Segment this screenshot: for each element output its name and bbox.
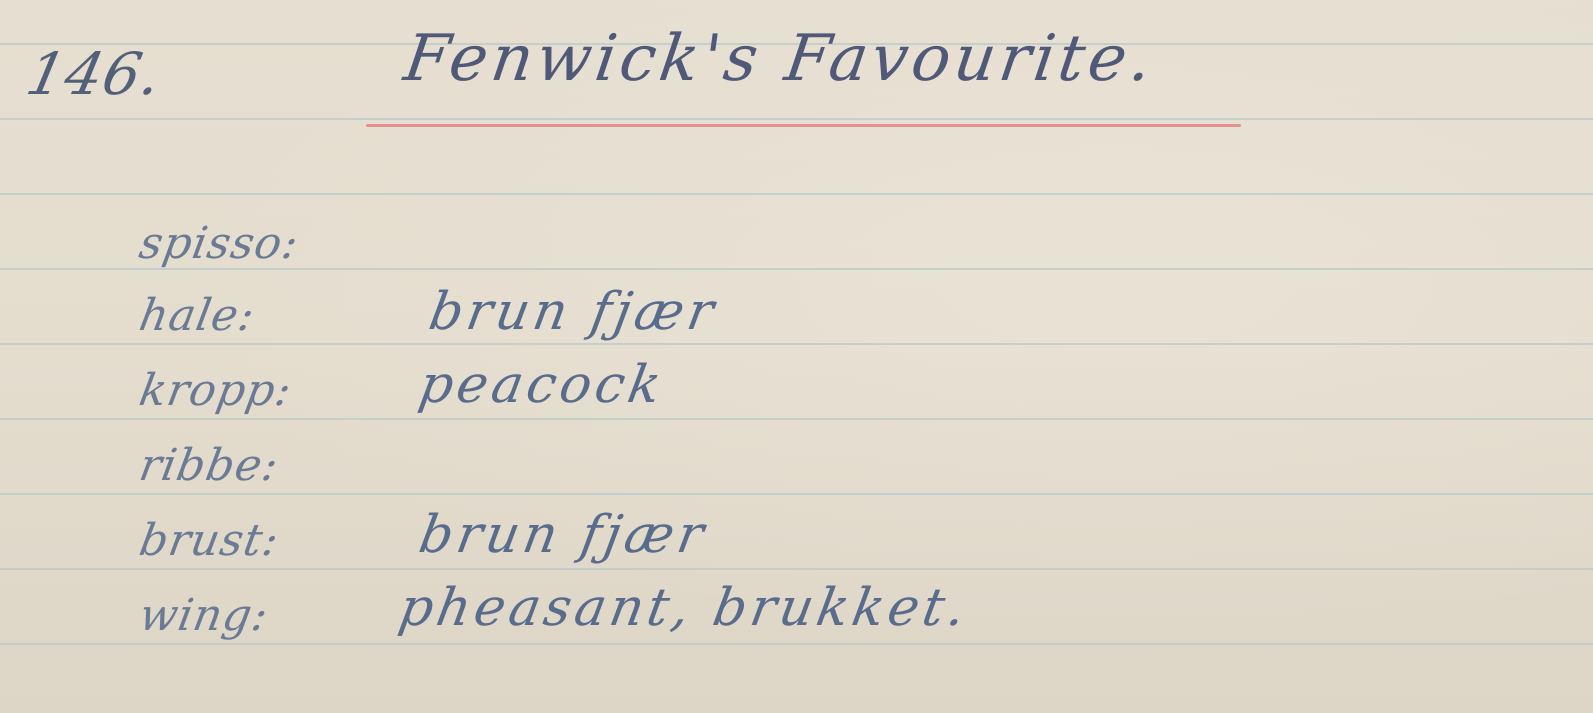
entry-number: 146. bbox=[21, 40, 169, 108]
field-label-spisso: spisso: bbox=[136, 218, 303, 269]
ruled-line bbox=[0, 568, 1593, 570]
field-label-ribbe: ribbe: bbox=[136, 440, 283, 491]
ruled-line bbox=[0, 493, 1593, 495]
field-value-hale: brun fjær bbox=[425, 282, 722, 342]
ruled-line bbox=[0, 343, 1593, 345]
notebook-page: 146. Fenwick's Favourite. spisso: hale: … bbox=[0, 0, 1593, 713]
field-label-hale: hale: bbox=[136, 290, 260, 341]
field-label-wing: wing: bbox=[136, 590, 273, 641]
ruled-line bbox=[0, 193, 1593, 195]
field-label-kropp: kropp: bbox=[136, 365, 296, 416]
ruled-line bbox=[0, 118, 1593, 120]
page-title: Fenwick's Favourite. bbox=[400, 22, 1160, 96]
field-label-brust: brust: bbox=[136, 515, 284, 566]
ruled-line bbox=[0, 418, 1593, 420]
title-underline bbox=[366, 124, 1241, 127]
ruled-line bbox=[0, 643, 1593, 645]
field-value-wing: pheasant, brukket. bbox=[395, 578, 974, 638]
field-value-brust: brun fjær bbox=[415, 505, 712, 565]
field-value-kropp: peacock bbox=[415, 355, 670, 415]
